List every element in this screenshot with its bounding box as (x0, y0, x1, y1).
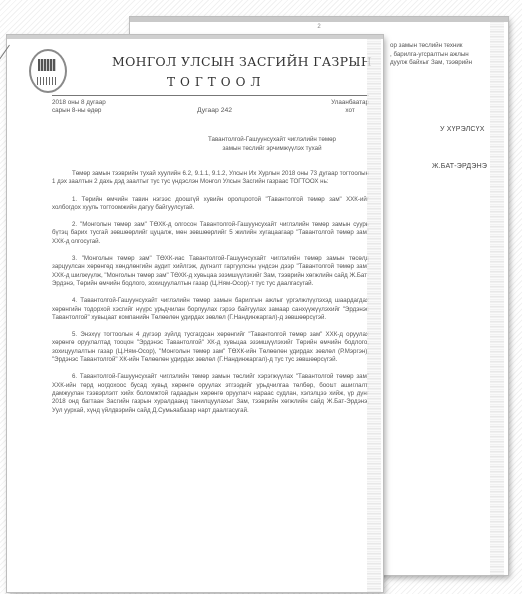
document-body: Төмөр замын тээврийн тухай хуулийн 6.2, … (52, 170, 369, 424)
scan-edge-artifact (367, 39, 381, 592)
document-subject: Тавантолгой-Гашуунсухайт чиглэлийн төмөр… (177, 135, 367, 153)
subject-line: замын төслийг эрчимжүүлэх тухай (177, 144, 367, 153)
city-line: хот (331, 107, 369, 115)
page-2-text: ор замын төслийн техник , барилга-угсрал… (390, 42, 500, 68)
clause-5: 5. Энэхүү тогтоолын 4 дүгээр зүйлд тусга… (52, 331, 369, 364)
page-number: 2 (130, 24, 508, 30)
clause-4: 4. Тавантолгой-Гашуунсухайт чиглэлийн тө… (52, 297, 369, 322)
clause-1: 1. Төрийн өмчийн тавин нэгээс доошгүй ху… (52, 196, 369, 213)
date-line: сарын 8-ны өдөр (52, 107, 106, 115)
state-emblem-icon (29, 49, 65, 95)
document-number: Дугаар 242 (197, 107, 232, 115)
document-city: Улаанбаатар хот (331, 99, 369, 115)
preamble: Төмөр замын тээврийн тухай хуулийн 6.2, … (52, 170, 369, 187)
clause-3: 3. "Монголын төмөр зам" ТӨХК-иас Таванто… (52, 255, 369, 288)
signature-prime-minister: У ХҮРЭЛСҮХ (440, 126, 485, 133)
city-line: Улаанбаатар (331, 99, 369, 107)
text-line: ор замын төслийн техник (390, 42, 500, 51)
document-type: ТОГТООЛ (167, 75, 265, 89)
document-title: МОНГОЛ УЛСЫН ЗАСГИЙН ГАЗРЫН (112, 54, 372, 69)
subject-line: Тавантолгой-Гашуунсухайт чиглэлийн төмөр (177, 135, 367, 144)
scan-edge-artifact (490, 22, 504, 575)
text-line: дуулж байхыг Зам, тээврийн (390, 59, 500, 68)
header-divider (52, 95, 369, 96)
signature-minister: Ж.БАТ-ЭРДЭНЭ (432, 163, 487, 170)
date-line: 2018 оны 8 дугаар (52, 99, 106, 107)
document-page-1: МОНГОЛ УЛСЫН ЗАСГИЙН ГАЗРЫН ТОГТООЛ 2018… (7, 35, 383, 592)
pen-mark (0, 45, 10, 64)
clause-6: 6. Тавантолгой-Гашуунсухайт чиглэлийн тө… (52, 373, 369, 414)
text-line: , барилга-угсралтын ажлын (390, 51, 500, 60)
document-date: 2018 оны 8 дугаар сарын 8-ны өдөр (52, 99, 106, 115)
clause-2: 2. "Монголын төмөр зам" ТӨХК-д олгосон Т… (52, 221, 369, 246)
